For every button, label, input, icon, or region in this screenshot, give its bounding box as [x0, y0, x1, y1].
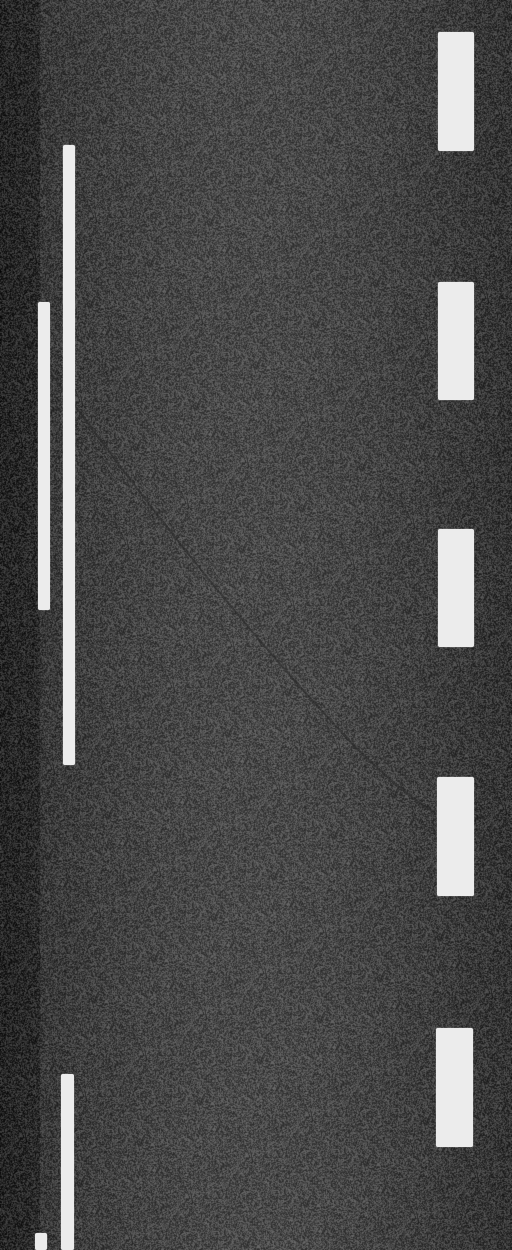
right-dash: [436, 1028, 473, 1147]
right-dash: [438, 529, 474, 647]
left-inner-line: [35, 1233, 47, 1250]
left-solid-line: [63, 145, 75, 765]
right-dash: [437, 777, 474, 896]
right-dash: [438, 32, 474, 151]
left-solid-line: [61, 1074, 74, 1250]
road-photo: Top-down photo of asphalt road surface w…: [0, 0, 512, 1250]
left-inner-line: [38, 302, 50, 610]
right-dash: [438, 282, 474, 400]
